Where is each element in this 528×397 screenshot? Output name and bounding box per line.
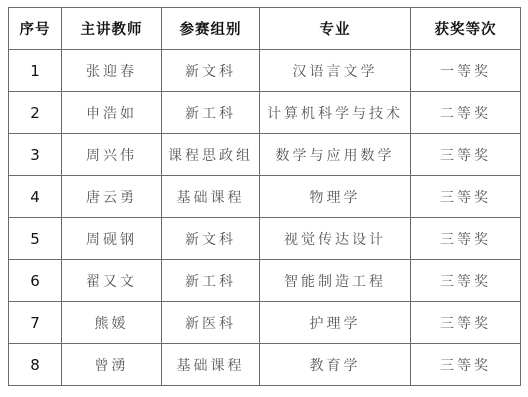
table-row: 6 翟又文 新工科 智能制造工程 三等奖 xyxy=(9,260,521,302)
header-group: 参赛组别 xyxy=(162,8,260,50)
table-header-row: 序号 主讲教师 参赛组别 专业 获奖等次 xyxy=(9,8,521,50)
cell-teacher: 曾湧 xyxy=(62,344,162,386)
cell-group: 新文科 xyxy=(162,50,260,92)
header-teacher: 主讲教师 xyxy=(62,8,162,50)
cell-major: 教育学 xyxy=(260,344,411,386)
table-row: 5 周砚钢 新文科 视觉传达设计 三等奖 xyxy=(9,218,521,260)
header-major: 专业 xyxy=(260,8,411,50)
table-row: 3 周兴伟 课程思政组 数学与应用数学 三等奖 xyxy=(9,134,521,176)
cell-group: 基础课程 xyxy=(162,344,260,386)
cell-award: 三等奖 xyxy=(411,218,521,260)
cell-teacher: 唐云勇 xyxy=(62,176,162,218)
cell-no: 3 xyxy=(9,134,62,176)
cell-award: 三等奖 xyxy=(411,302,521,344)
cell-award: 三等奖 xyxy=(411,176,521,218)
cell-teacher: 翟又文 xyxy=(62,260,162,302)
cell-teacher: 申浩如 xyxy=(62,92,162,134)
header-no: 序号 xyxy=(9,8,62,50)
header-award: 获奖等次 xyxy=(411,8,521,50)
cell-group: 新工科 xyxy=(162,92,260,134)
cell-group: 新文科 xyxy=(162,218,260,260)
cell-major: 视觉传达设计 xyxy=(260,218,411,260)
cell-award: 三等奖 xyxy=(411,260,521,302)
cell-group: 基础课程 xyxy=(162,176,260,218)
award-table: 序号 主讲教师 参赛组别 专业 获奖等次 1 张迎春 新文科 汉语言文学 一等奖… xyxy=(8,7,521,386)
cell-teacher: 张迎春 xyxy=(62,50,162,92)
cell-award: 二等奖 xyxy=(411,92,521,134)
cell-major: 物理学 xyxy=(260,176,411,218)
cell-teacher: 周兴伟 xyxy=(62,134,162,176)
cell-no: 7 xyxy=(9,302,62,344)
table-row: 7 熊媛 新医科 护理学 三等奖 xyxy=(9,302,521,344)
cell-teacher: 周砚钢 xyxy=(62,218,162,260)
cell-group: 新医科 xyxy=(162,302,260,344)
cell-group: 新工科 xyxy=(162,260,260,302)
table-row: 2 申浩如 新工科 计算机科学与技术 二等奖 xyxy=(9,92,521,134)
cell-award: 三等奖 xyxy=(411,134,521,176)
cell-no: 2 xyxy=(9,92,62,134)
cell-no: 5 xyxy=(9,218,62,260)
cell-major: 汉语言文学 xyxy=(260,50,411,92)
cell-major: 计算机科学与技术 xyxy=(260,92,411,134)
cell-no: 6 xyxy=(9,260,62,302)
cell-major: 数学与应用数学 xyxy=(260,134,411,176)
cell-award: 三等奖 xyxy=(411,344,521,386)
cell-major: 智能制造工程 xyxy=(260,260,411,302)
cell-award: 一等奖 xyxy=(411,50,521,92)
cell-no: 1 xyxy=(9,50,62,92)
table-row: 1 张迎春 新文科 汉语言文学 一等奖 xyxy=(9,50,521,92)
table-row: 4 唐云勇 基础课程 物理学 三等奖 xyxy=(9,176,521,218)
cell-no: 4 xyxy=(9,176,62,218)
cell-major: 护理学 xyxy=(260,302,411,344)
cell-no: 8 xyxy=(9,344,62,386)
table-row: 8 曾湧 基础课程 教育学 三等奖 xyxy=(9,344,521,386)
cell-group: 课程思政组 xyxy=(162,134,260,176)
cell-teacher: 熊媛 xyxy=(62,302,162,344)
